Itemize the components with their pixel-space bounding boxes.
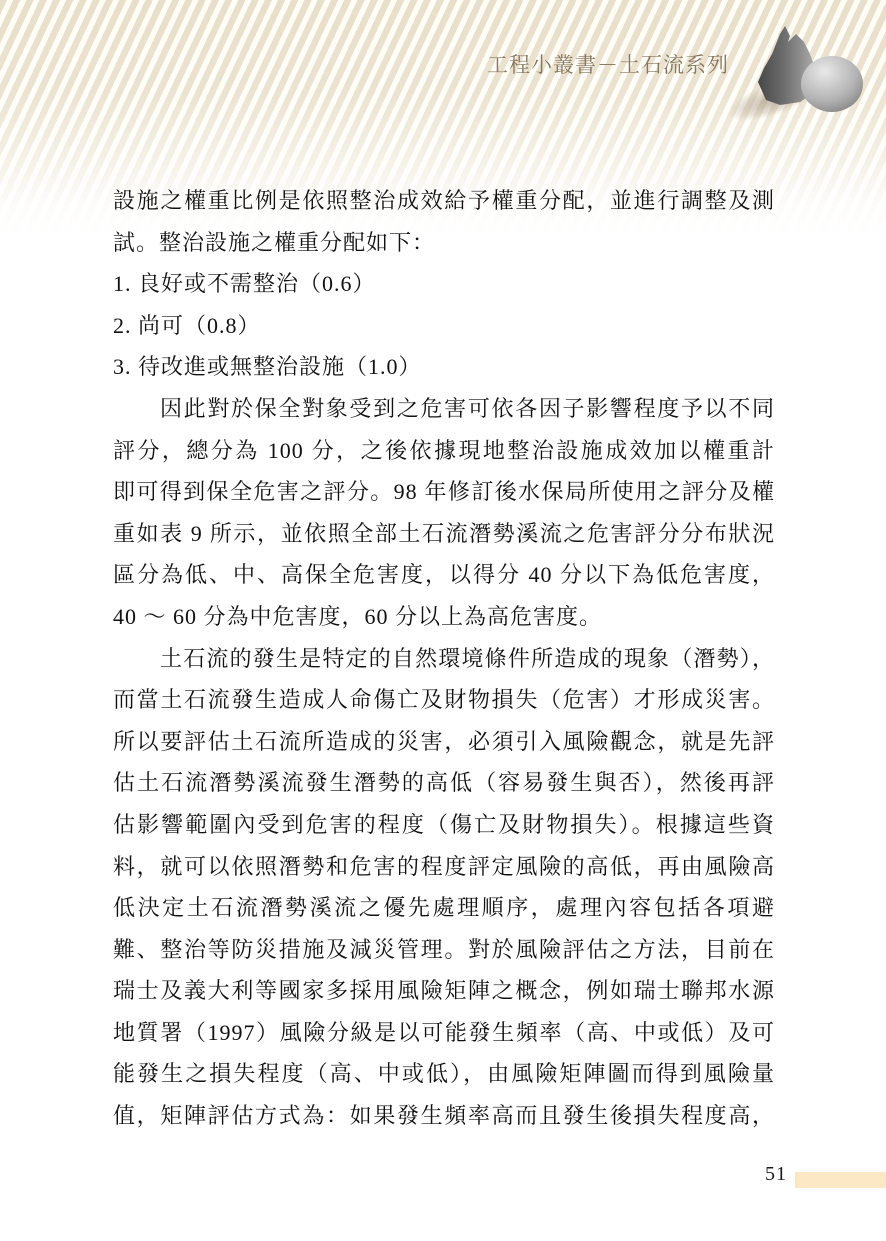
text-line: 土石流的發生是特定的自然環境條件所造成的現象（潛勢）， (113, 638, 775, 680)
text-line: 因此對於保全對象受到之危害可依各因子影響程度予以不同 (113, 388, 775, 430)
text-line: 區分為低、中、高保全危害度，以得分 40 分以下為低危害度， (113, 554, 775, 596)
text-line: 而當土石流發生造成人命傷亡及財物損失（危害）才形成災害。 (113, 679, 775, 721)
text-line: 設施之權重比例是依照整治成效給予權重分配，並進行調整及測 (113, 180, 775, 222)
text-line: 評分，總分為 100 分，之後依據現地整治設施成效加以權重計算， (113, 430, 775, 472)
text-line: 即可得到保全危害之評分。98 年修訂後水保局所使用之評分及權 (113, 471, 775, 513)
text-line: 低決定土石流潛勢溪流之優先處理順序，處理內容包括各項避 (113, 887, 775, 929)
text-line: 3. 待改進或無整治設施（1.0） (113, 346, 775, 388)
stones-logo-icon (722, 20, 877, 122)
text-line: 2. 尚可（0.8） (113, 305, 775, 347)
text-line: 料，就可以依照潛勢和危害的程度評定風險的高低，再由風險高 (113, 846, 775, 888)
text-line: 估影響範圍內受到危害的程度（傷亡及財物損失）。根據這些資 (113, 804, 775, 846)
text-line: 估土石流潛勢溪流發生潛勢的高低（容易發生與否），然後再評 (113, 762, 775, 804)
text-line: 1. 良好或不需整治（0.6） (113, 263, 775, 305)
footer-accent-bar (795, 1172, 886, 1188)
text-line: 難、整治等防災措施及減災管理。對於風險評估之方法，目前在 (113, 929, 775, 971)
text-line: 值，矩陣評估方式為：如果發生頻率高而且發生後損失程度高， (113, 1095, 775, 1137)
text-line: 所以要評估土石流所造成的災害，必須引入風險觀念，就是先評 (113, 721, 775, 763)
text-line: 重如表 9 所示，並依照全部土石流潛勢溪流之危害評分分布狀況 (113, 513, 775, 555)
text-line: 地質署（1997）風險分級是以可能發生頻率（高、中或低）及可 (113, 1012, 775, 1054)
round-stone-shape (801, 56, 863, 112)
page-number: 51 (765, 1163, 787, 1186)
body-text: 設施之權重比例是依照整治成效給予權重分配，並進行調整及測試。整治設施之權重分配如… (113, 180, 775, 1137)
text-line: 瑞士及義大利等國家多採用風險矩陣之概念，例如瑞士聯邦水源 (113, 970, 775, 1012)
text-line: 能發生之損失程度（高、中或低），由風險矩陣圖而得到風險量 (113, 1053, 775, 1095)
page-header-title: 工程小叢書－土石流系列 (487, 51, 729, 79)
text-line: 40 ～ 60 分為中危害度，60 分以上為高危害度。 (113, 596, 775, 638)
text-line: 試。整治設施之權重分配如下： (113, 222, 775, 264)
